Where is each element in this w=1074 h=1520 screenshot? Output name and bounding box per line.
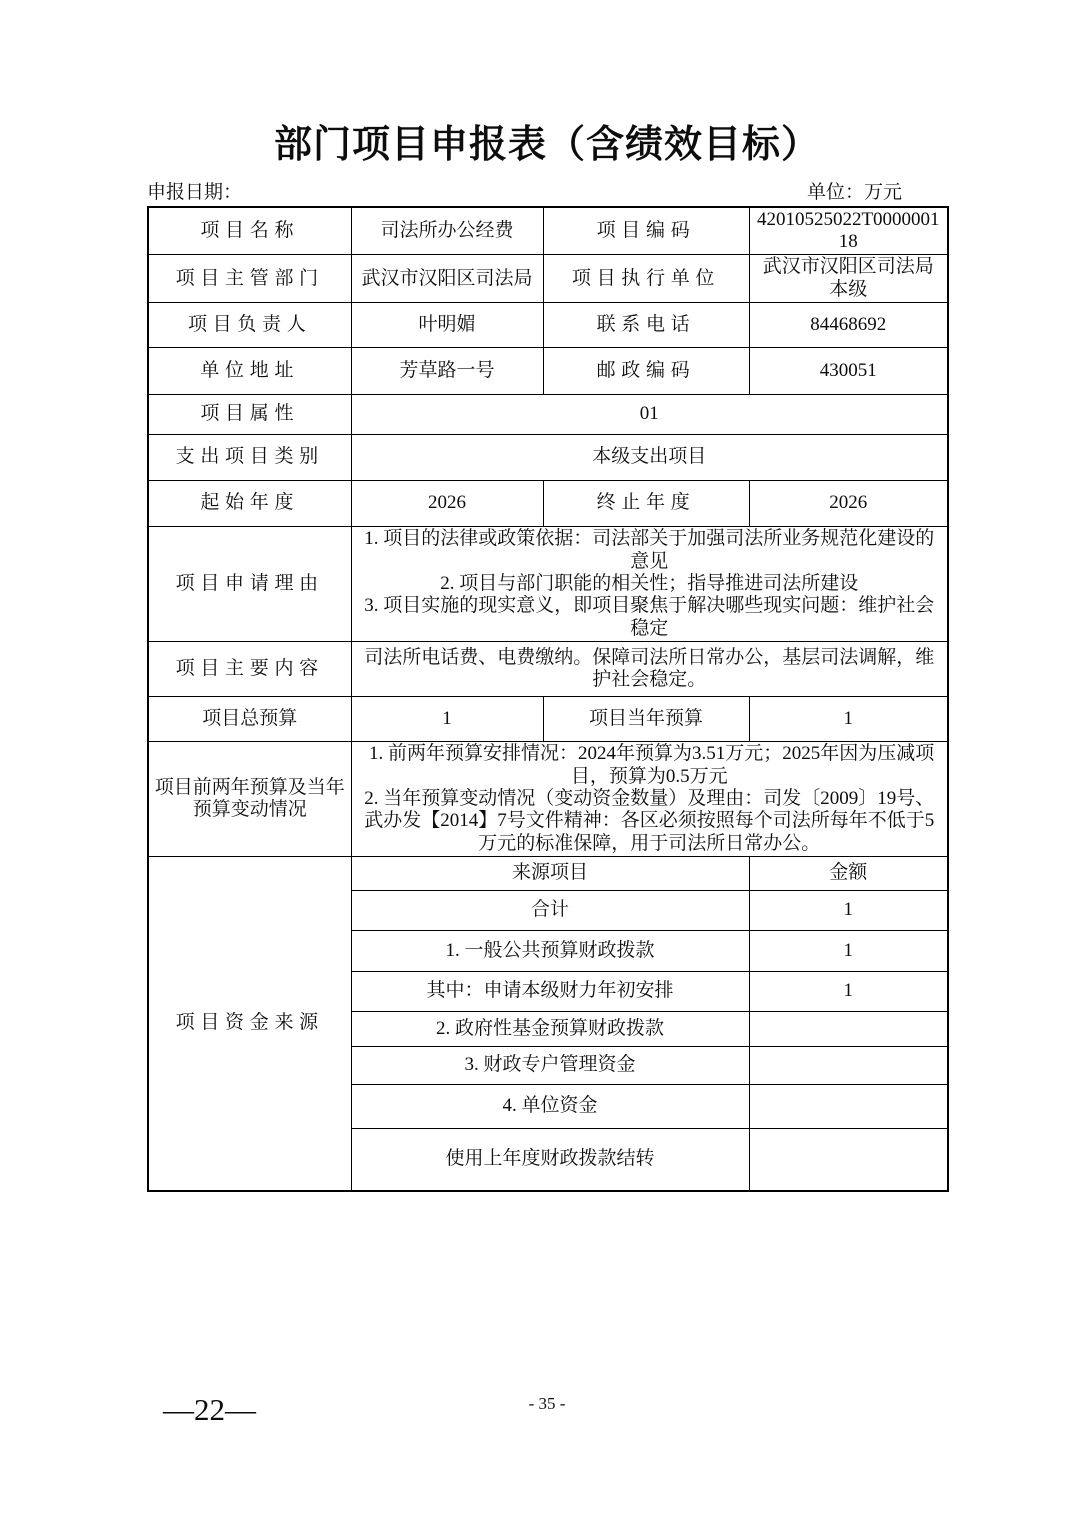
total-budget-value: 1 [351,697,543,742]
row-years: 起始年度 2026 终止年度 2026 [148,481,948,527]
end-year-value: 2026 [749,481,948,527]
project-name-value: 司法所办公经费 [351,207,543,255]
document-body: 部门项目申报表（含绩效目标） 申报日期： 单位：万元 项目名称 司法所办公经费 … [147,122,947,1192]
funding-gov-fund-amount [749,1012,948,1047]
funding-own-level-amount: 1 [749,972,948,1012]
budget-history-label: 项目前两年预算及当年预算变动情况 [148,742,351,857]
project-code-value: 42010525022T000000118 [749,207,948,255]
document-page: 部门项目申报表（含绩效目标） 申报日期： 单位：万元 项目名称 司法所办公经费 … [0,0,1074,1520]
postcode-value: 430051 [749,348,948,395]
start-year-value: 2026 [351,481,543,527]
funding-header-source: 来源项目 [351,857,749,891]
meta-row: 申报日期： 单位：万元 [147,177,947,204]
main-content-label: 项目主要内容 [148,642,351,697]
row-budget-history: 项目前两年预算及当年预算变动情况 1. 前两年预算安排情况：2024年预算为3.… [148,742,948,857]
funding-fiscal-account-amount [749,1047,948,1085]
supervisor-dept-value: 武汉市汉阳区司法局 [351,255,543,303]
page-number-center: - 35 - [147,1394,947,1414]
executor-label: 项目执行单位 [543,255,749,303]
budget-history-value: 1. 前两年预算安排情况：2024年预算为3.51万元；2025年因为压减项目，… [351,742,948,857]
funding-general-amount: 1 [749,931,948,972]
unit-label: 单位：万元 [807,177,902,204]
project-name-label: 项目名称 [148,207,351,255]
funding-fiscal-account-label: 3. 财政专户管理资金 [351,1047,749,1085]
funding-own-level-label: 其中：申请本级财力年初安排 [351,972,749,1012]
apply-reason-label: 项目申请理由 [148,527,351,642]
row-leader: 项目负责人 叶明媚 联系电话 84468692 [148,303,948,348]
row-project-name: 项目名称 司法所办公经费 项目编码 42010525022T000000118 [148,207,948,255]
address-value: 芳草路一号 [351,348,543,395]
funding-gov-fund-label: 2. 政府性基金预算财政拨款 [351,1012,749,1047]
end-year-label: 终止年度 [543,481,749,527]
funding-header-amount: 金额 [749,857,948,891]
funding-general-label: 1. 一般公共预算财政拨款 [351,931,749,972]
row-apply-reason: 项目申请理由 1. 项目的法律或政策依据：司法部关于加强司法所业务规范化建设的意… [148,527,948,642]
row-supervisor-dept: 项目主管部门 武汉市汉阳区司法局 项目执行单位 武汉市汉阳区司法局本级 [148,255,948,303]
row-attribute: 项目属性 01 [148,395,948,435]
phone-label: 联系电话 [543,303,749,348]
leader-label: 项目负责人 [148,303,351,348]
attribute-label: 项目属性 [148,395,351,435]
attribute-value: 01 [351,395,948,435]
postcode-label: 邮政编码 [543,348,749,395]
year-budget-value: 1 [749,697,948,742]
main-content-value: 司法所电话费、电费缴纳。保障司法所日常办公，基层司法调解，维护社会稳定。 [351,642,948,697]
project-form-table: 项目名称 司法所办公经费 项目编码 42010525022T000000118 … [147,206,949,1192]
document-title: 部门项目申报表（含绩效目标） [147,122,947,170]
expense-type-value: 本级支出项目 [351,435,948,481]
funding-section-label: 项目资金来源 [148,857,351,1191]
funding-carryover-label: 使用上年度财政拨款结转 [351,1129,749,1191]
funding-carryover-amount [749,1129,948,1191]
funding-total-label: 合计 [351,891,749,931]
address-label: 单位地址 [148,348,351,395]
year-budget-label: 项目当年预算 [543,697,749,742]
row-main-content: 项目主要内容 司法所电话费、电费缴纳。保障司法所日常办公，基层司法调解，维护社会… [148,642,948,697]
row-budget: 项目总预算 1 项目当年预算 1 [148,697,948,742]
declare-date-label: 申报日期： [147,177,242,204]
total-budget-label: 项目总预算 [148,697,351,742]
start-year-label: 起始年度 [148,481,351,527]
expense-type-label: 支出项目类别 [148,435,351,481]
funding-unit-fund-label: 4. 单位资金 [351,1085,749,1129]
phone-value: 84468692 [749,303,948,348]
project-code-label: 项目编码 [543,207,749,255]
funding-unit-fund-amount [749,1085,948,1129]
executor-value: 武汉市汉阳区司法局本级 [749,255,948,303]
row-funding-header: 项目资金来源 来源项目 金额 [148,857,948,891]
funding-total-amount: 1 [749,891,948,931]
supervisor-dept-label: 项目主管部门 [148,255,351,303]
apply-reason-value: 1. 项目的法律或政策依据：司法部关于加强司法所业务规范化建设的意见 2. 项目… [351,527,948,642]
leader-value: 叶明媚 [351,303,543,348]
row-address: 单位地址 芳草路一号 邮政编码 430051 [148,348,948,395]
row-expense-type: 支出项目类别 本级支出项目 [148,435,948,481]
